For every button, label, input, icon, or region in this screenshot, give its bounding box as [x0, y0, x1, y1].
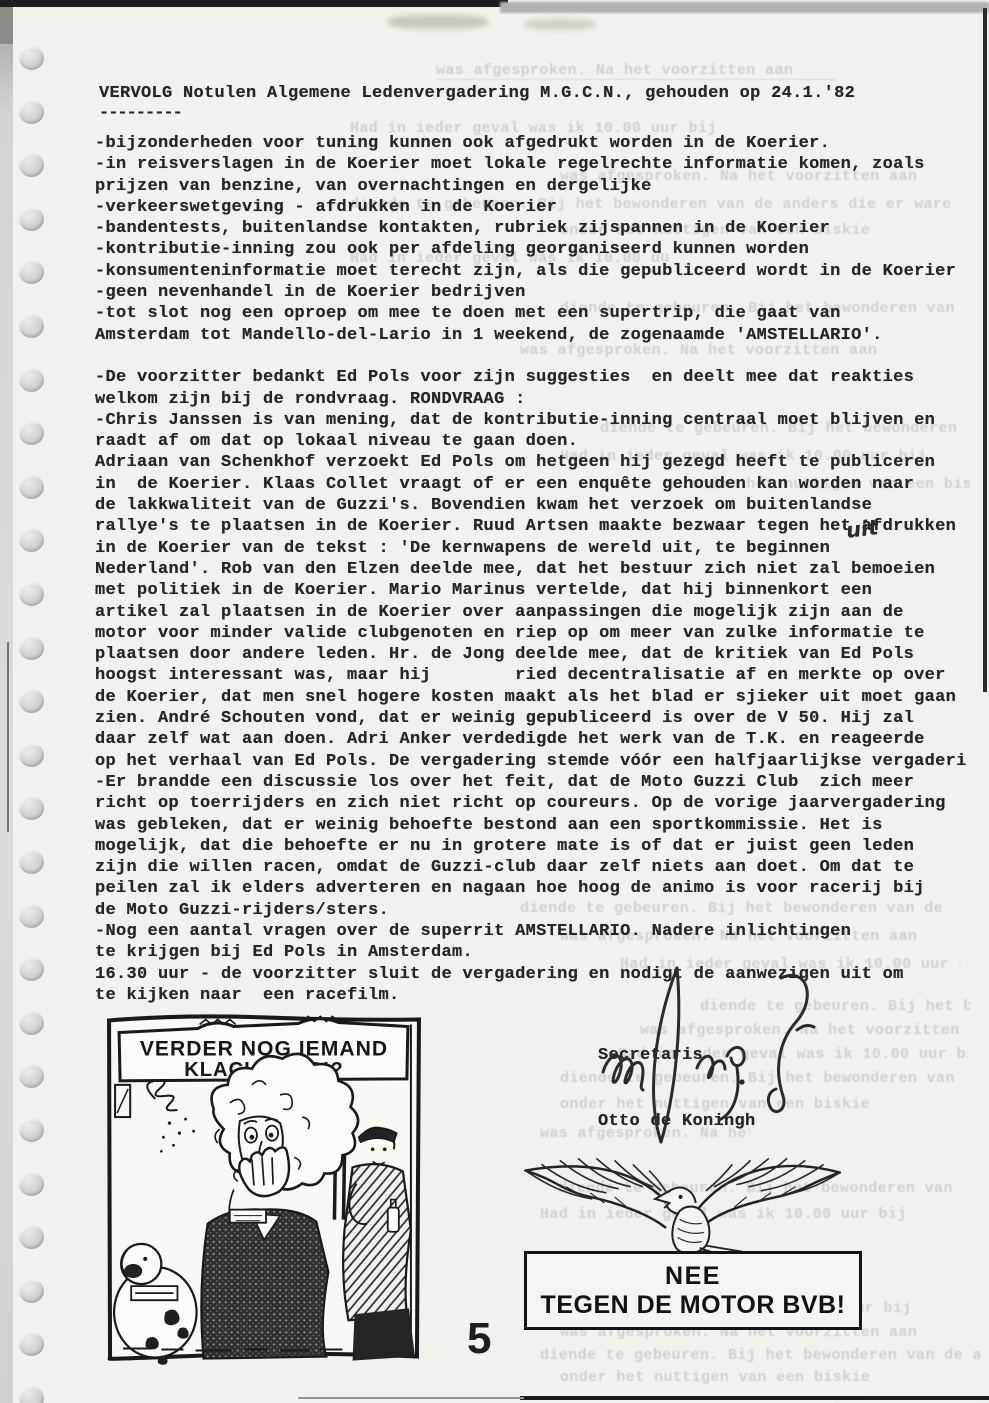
text-line: rallye's te plaatsen in de Koerier. Ruud…	[95, 516, 967, 537]
text-line: Amsterdam tot Mandello-del-Lario in 1 we…	[95, 325, 967, 346]
hole-punch	[19, 207, 44, 231]
text-line: -tot slot nog een oproep om mee te doen …	[95, 303, 967, 324]
text-line: mogelijk, dat die behoefte er nu in grot…	[95, 836, 967, 857]
text-line: raadt af om dat op lokaal niveau te gaan…	[95, 431, 967, 452]
text-line: 16.30 uur - de voorzitter sluit de verga…	[95, 964, 967, 985]
text-line: -Er brandde een discussie los over het f…	[95, 772, 967, 793]
page-number: 5	[467, 1314, 491, 1364]
cartoon-illustration: VERDER NOG IEMAND KLACHTEN ?!?	[103, 1010, 425, 1365]
hole-punch	[19, 1011, 44, 1035]
text-line: was gebleken, dat er weinig behoefte bes…	[95, 815, 967, 836]
bleedthrough-line: diende te gebeuren. Bij het bewonderen v…	[540, 1347, 980, 1364]
eagle-illustration	[505, 1146, 850, 1260]
scan-edge-right	[983, 8, 987, 692]
protest-sign-line1: NEE	[665, 1262, 721, 1290]
bleedthrough-line: onder het nuttigen van een biskie	[560, 1369, 960, 1386]
text-line: welkom zijn bij de rondvraag. RONDVRAAG …	[95, 389, 967, 410]
text-line: richt op toerrijders en zich niet richt …	[95, 793, 967, 814]
text-line: -in reisverslagen in de Koerier moet lok…	[95, 154, 967, 175]
hole-punch	[19, 314, 44, 338]
text-line: -konsumenteninformatie moet terecht zijn…	[95, 261, 967, 282]
text-line	[95, 346, 967, 367]
hole-punch	[19, 689, 44, 713]
hole-punch	[19, 904, 44, 928]
text-line: -geen nevenhandel in de Koerier bedrijve…	[95, 282, 967, 303]
text-line: in de Koerier. Klaas Collet vraagt of er…	[95, 474, 967, 495]
hole-punch	[19, 1332, 44, 1356]
text-line: artikel zal plaatsen in de Koerier over …	[95, 602, 967, 623]
scan-artifact-line	[7, 642, 9, 832]
text-line: te krijgen bij Ed Pols in Amsterdam.	[95, 942, 967, 963]
hole-punch	[19, 1225, 44, 1249]
text-line: zien. André Schouten vond, dat er weinig…	[95, 708, 967, 729]
text-line: motor voor minder valide clubgenoten en …	[95, 623, 967, 644]
text-line: te kijken naar een racefilm.	[95, 985, 967, 1006]
text-line: -De voorzitter bedankt Ed Pols voor zijn…	[95, 367, 967, 388]
hole-punch	[19, 475, 44, 499]
text-line: de lakkwaliteit van de Guzzi's. Bovendie…	[95, 495, 967, 516]
scan-edge-bottom	[520, 1396, 989, 1400]
scan-edge-bottom-gray	[298, 1397, 524, 1399]
hole-punch	[19, 153, 44, 177]
text-line: Nederland'. Rob van den Elzen deelde mee…	[95, 559, 967, 580]
text-line: peilen zal ik elders adverteren en nagaa…	[95, 878, 967, 899]
text-line: de Moto Guzzi-rijders/sters.	[95, 900, 967, 921]
text-line: de Koerier, dat men snel hogere kosten m…	[95, 687, 967, 708]
scan-edge-top-gray	[500, 2, 989, 13]
text-line: met politiek in de Koerier. Mario Marinu…	[95, 580, 967, 601]
text-line: zijn die willen racen, omdat de Guzzi-cl…	[95, 857, 967, 878]
text-line: plaatsen door andere leden. Hr. de Jong …	[95, 644, 967, 665]
hole-punch	[19, 368, 44, 392]
hole-punch	[19, 796, 44, 820]
text-line: daar zelf wat aan doen. Adri Anker verde…	[95, 729, 967, 750]
bleedthrough-line: was afgesproken. Na het voorzitten aan	[436, 62, 836, 80]
scanned-document-page: was afgesproken. Na het voorzitten aanHa…	[0, 0, 989, 1403]
text-line: -Chris Janssen is van mening, dat de kon…	[95, 410, 967, 431]
text-line: in de Koerier van de tekst : 'De kernwap…	[95, 538, 967, 559]
text-line: -bijzonderheden voor tuning kunnen ook a…	[95, 133, 967, 154]
hole-punch	[19, 1118, 44, 1142]
hole-punch	[19, 528, 44, 552]
text-line: -kontributie-inning zou ook per afdeling…	[95, 239, 967, 260]
scan-smudge	[388, 15, 488, 29]
hole-punch	[19, 850, 44, 874]
hole-punch	[19, 421, 44, 445]
hole-punch	[19, 582, 44, 606]
hole-punch	[19, 260, 44, 284]
scan-smudge	[524, 19, 596, 30]
meeting-minutes-body: -bijzonderheden voor tuning kunnen ook a…	[95, 133, 967, 1006]
title-underline-dashes: ---------	[99, 104, 182, 123]
hole-punch	[19, 636, 44, 660]
hole-punch	[19, 957, 44, 981]
text-line: -bandentests, buitenlandse kontakten, ru…	[95, 218, 967, 239]
hole-punch	[19, 1279, 44, 1303]
text-line: -verkeerswetgeving - afdrukken in de Koe…	[95, 197, 967, 218]
hole-punch	[19, 1172, 44, 1196]
scan-edge-top	[0, 0, 508, 7]
hole-punch	[19, 46, 44, 70]
document-title: VERVOLG Notulen Algemene Ledenvergaderin…	[99, 84, 855, 103]
hole-punch	[19, 100, 44, 124]
handwritten-correction: uit	[845, 515, 880, 543]
protest-sign-line2: TEGEN DE MOTOR BVB!	[541, 1290, 846, 1320]
signature-autograph	[585, 960, 825, 1160]
text-line: prijzen van benzine, van overnachtingen …	[95, 176, 967, 197]
text-line: hoogst interessant was, maar hij ried de…	[95, 665, 967, 686]
text-line: op het verhaal van Ed Pols. De vergaderi…	[95, 751, 967, 772]
hole-punch	[19, 743, 44, 767]
hole-punch	[19, 1064, 44, 1088]
hole-punch	[19, 1386, 44, 1403]
protest-sign: NEE TEGEN DE MOTOR BVB!	[524, 1251, 862, 1330]
text-line: -Nog een aantal vragen over de superrit …	[95, 921, 967, 942]
text-line: Adriaan van Schenkhof verzoekt Ed Pols o…	[95, 452, 967, 473]
